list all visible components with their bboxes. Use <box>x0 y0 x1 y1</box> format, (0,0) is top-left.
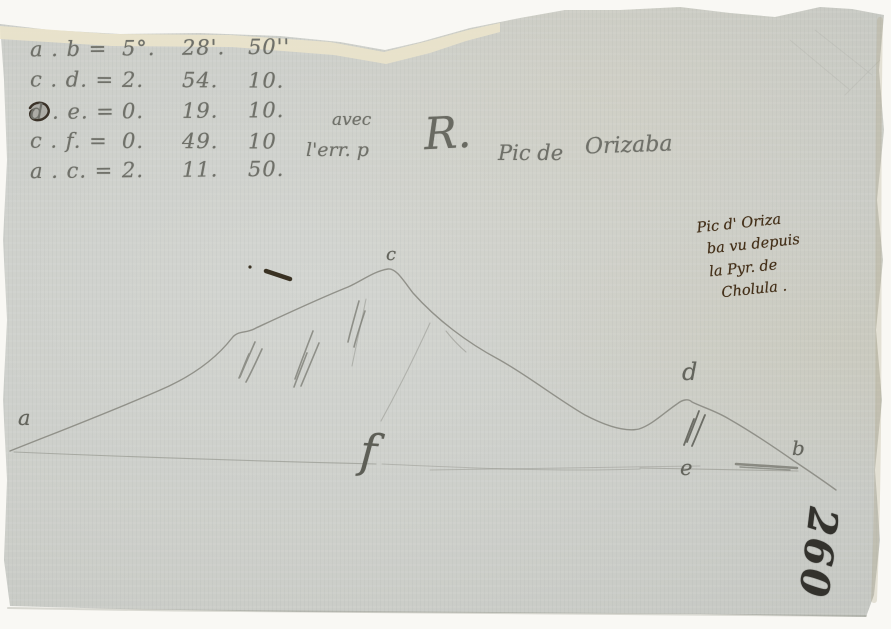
measurement-row: a . b = 5°. 28'. 50'' <box>30 35 291 62</box>
slope-double-stroke <box>446 331 466 352</box>
row-degrees: 0. <box>122 99 182 123</box>
row-label: a . c. = <box>30 158 122 183</box>
row-minutes: 19. <box>182 98 248 122</box>
row-degrees: 2. <box>122 68 182 92</box>
sketch-label-d: d <box>682 358 697 386</box>
row-label: c . d. = <box>30 67 122 91</box>
measurement-row: a . c. = 2. 11. 50. <box>30 157 285 183</box>
ink-note: Pic d' Oriza ba vu depuis la Pyr. de Cho… <box>696 207 806 307</box>
row-minutes: 49. <box>182 129 248 153</box>
row-seconds: 50'' <box>248 35 291 59</box>
ink-dash-mark <box>248 265 290 279</box>
sketch-label-c: c <box>386 244 396 265</box>
row-degrees: 5°. <box>122 36 182 61</box>
measurement-row: d . e. = 0. 19. 10. <box>30 98 285 124</box>
row-label: d . e. = <box>30 99 122 124</box>
row-minutes: 54. <box>182 68 248 92</box>
mountain-sketch <box>0 0 891 629</box>
row-label: c . f. = <box>30 129 122 153</box>
measurement-row: c . d. = 2. 54. 10. <box>30 67 285 92</box>
horizon-line-left <box>14 452 376 464</box>
corner-scuff-marks <box>790 30 880 95</box>
hatching-left-face <box>239 301 365 387</box>
measurement-row: c . f. = 0. 49. 10 <box>30 129 277 154</box>
row-seconds: 50. <box>248 157 285 181</box>
sketch-label-e: e <box>680 456 692 480</box>
pencil-note-err: l'err. p <box>306 139 369 161</box>
bottom-edge-shadow <box>8 608 866 616</box>
row-seconds: 10. <box>248 98 285 122</box>
sketch-label-b: b <box>792 436 805 460</box>
row-seconds: 10. <box>248 68 285 92</box>
manuscript-scan: a . b = 5°. 28'. 50'' c . d. = 2. 54. 10… <box>0 0 891 629</box>
row-degrees: 2. <box>122 158 182 183</box>
pencil-note-avec: avec <box>332 110 371 130</box>
pencil-note-orizaba: Orizaba <box>585 131 673 159</box>
pencil-note-initial: R. <box>423 107 473 160</box>
sketch-label-a: a <box>18 406 31 430</box>
row-degrees: 0. <box>122 129 182 153</box>
row-seconds: 10 <box>248 129 277 153</box>
row-minutes: 28'. <box>182 35 248 60</box>
right-edge-shading <box>874 20 880 600</box>
hatching-small-hill <box>684 411 705 446</box>
pencil-note-pic-de: Pic de <box>498 141 563 165</box>
row-minutes: 11. <box>182 157 248 182</box>
row-label: a . b = <box>30 36 122 61</box>
